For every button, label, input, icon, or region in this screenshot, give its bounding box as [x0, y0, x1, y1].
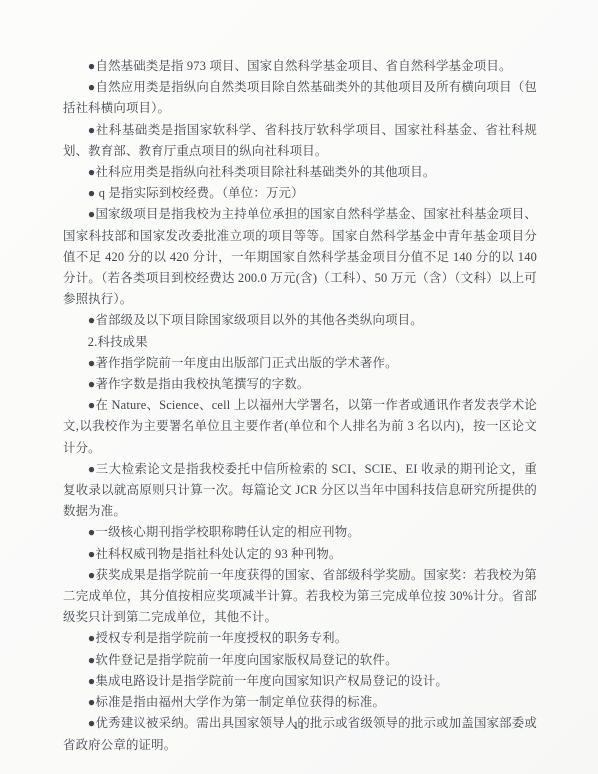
body-paragraph: ●标准是指由福州大学作为第一制定单位获得的标准。 — [63, 692, 537, 713]
document-body: ●自然基础类是指 973 项目、国家自然科学基金项目、省自然科学基金项目。 ●自… — [63, 56, 537, 756]
body-paragraph: ●社科应用类是指纵向社科类项目除社科基础类外的其他项目。 — [63, 162, 537, 183]
body-paragraph: ●软件登记是指学院前一年度向国家版权局登记的软件。 — [63, 650, 537, 671]
body-paragraph: ●获奖成果是指学院前一年度获得的国家、省部级科学奖励。国家奖：若我校为第二完成单… — [63, 565, 537, 629]
page-number: 11 — [0, 720, 598, 732]
body-paragraph: ●自然应用类是指纵向自然类项目除自然基础类外的其他项目及所有横向项目（包括社科横… — [63, 77, 537, 119]
body-paragraph: ●著作指学院前一年度由出版部门正式出版的学术著作。 — [63, 353, 537, 374]
body-paragraph: ●社科权威刊物是指社科处认定的 93 种刊物。 — [63, 544, 537, 565]
body-paragraph: ●社科基础类是指国家软科学、省科技厅软科学项目、国家社科基金、省社科规划、教育部… — [63, 120, 537, 162]
body-paragraph: ●一级核心期刊指学校职称聘任认定的相应刊物。 — [63, 522, 537, 543]
body-paragraph: ●三大检索论文是指我校委托中信所检索的 SCI、SCIE、EI 收录的期刊论文，… — [63, 459, 537, 523]
body-paragraph: ●在 Nature、Science、cell 上以福州大学署名，以第一作者或通讯… — [63, 395, 537, 459]
document-page: ●自然基础类是指 973 项目、国家自然科学基金项目、省自然科学基金项目。 ●自… — [0, 0, 598, 774]
body-paragraph: ●集成电路设计是指学院前一年度向国家知识产权局登记的设计。 — [63, 671, 537, 692]
body-paragraph: ● q 是指实际到校经费。（单位：万元） — [63, 183, 537, 204]
body-paragraph: ●授权专利是指学院前一年度授权的职务专利。 — [63, 628, 537, 649]
body-paragraph: ●省部级及以下项目除国家级项目以外的其他各类纵向项目。 — [63, 310, 537, 331]
section-heading: 2.科技成果 — [63, 332, 537, 353]
body-paragraph: ●国家级项目是指我校为主持单位承担的国家自然科学基金、国家社科基金项目、国家科技… — [63, 204, 537, 310]
body-paragraph: ●著作字数是指由我校执笔撰写的字数。 — [63, 374, 537, 395]
body-paragraph: ●自然基础类是指 973 项目、国家自然科学基金项目、省自然科学基金项目。 — [63, 56, 537, 77]
